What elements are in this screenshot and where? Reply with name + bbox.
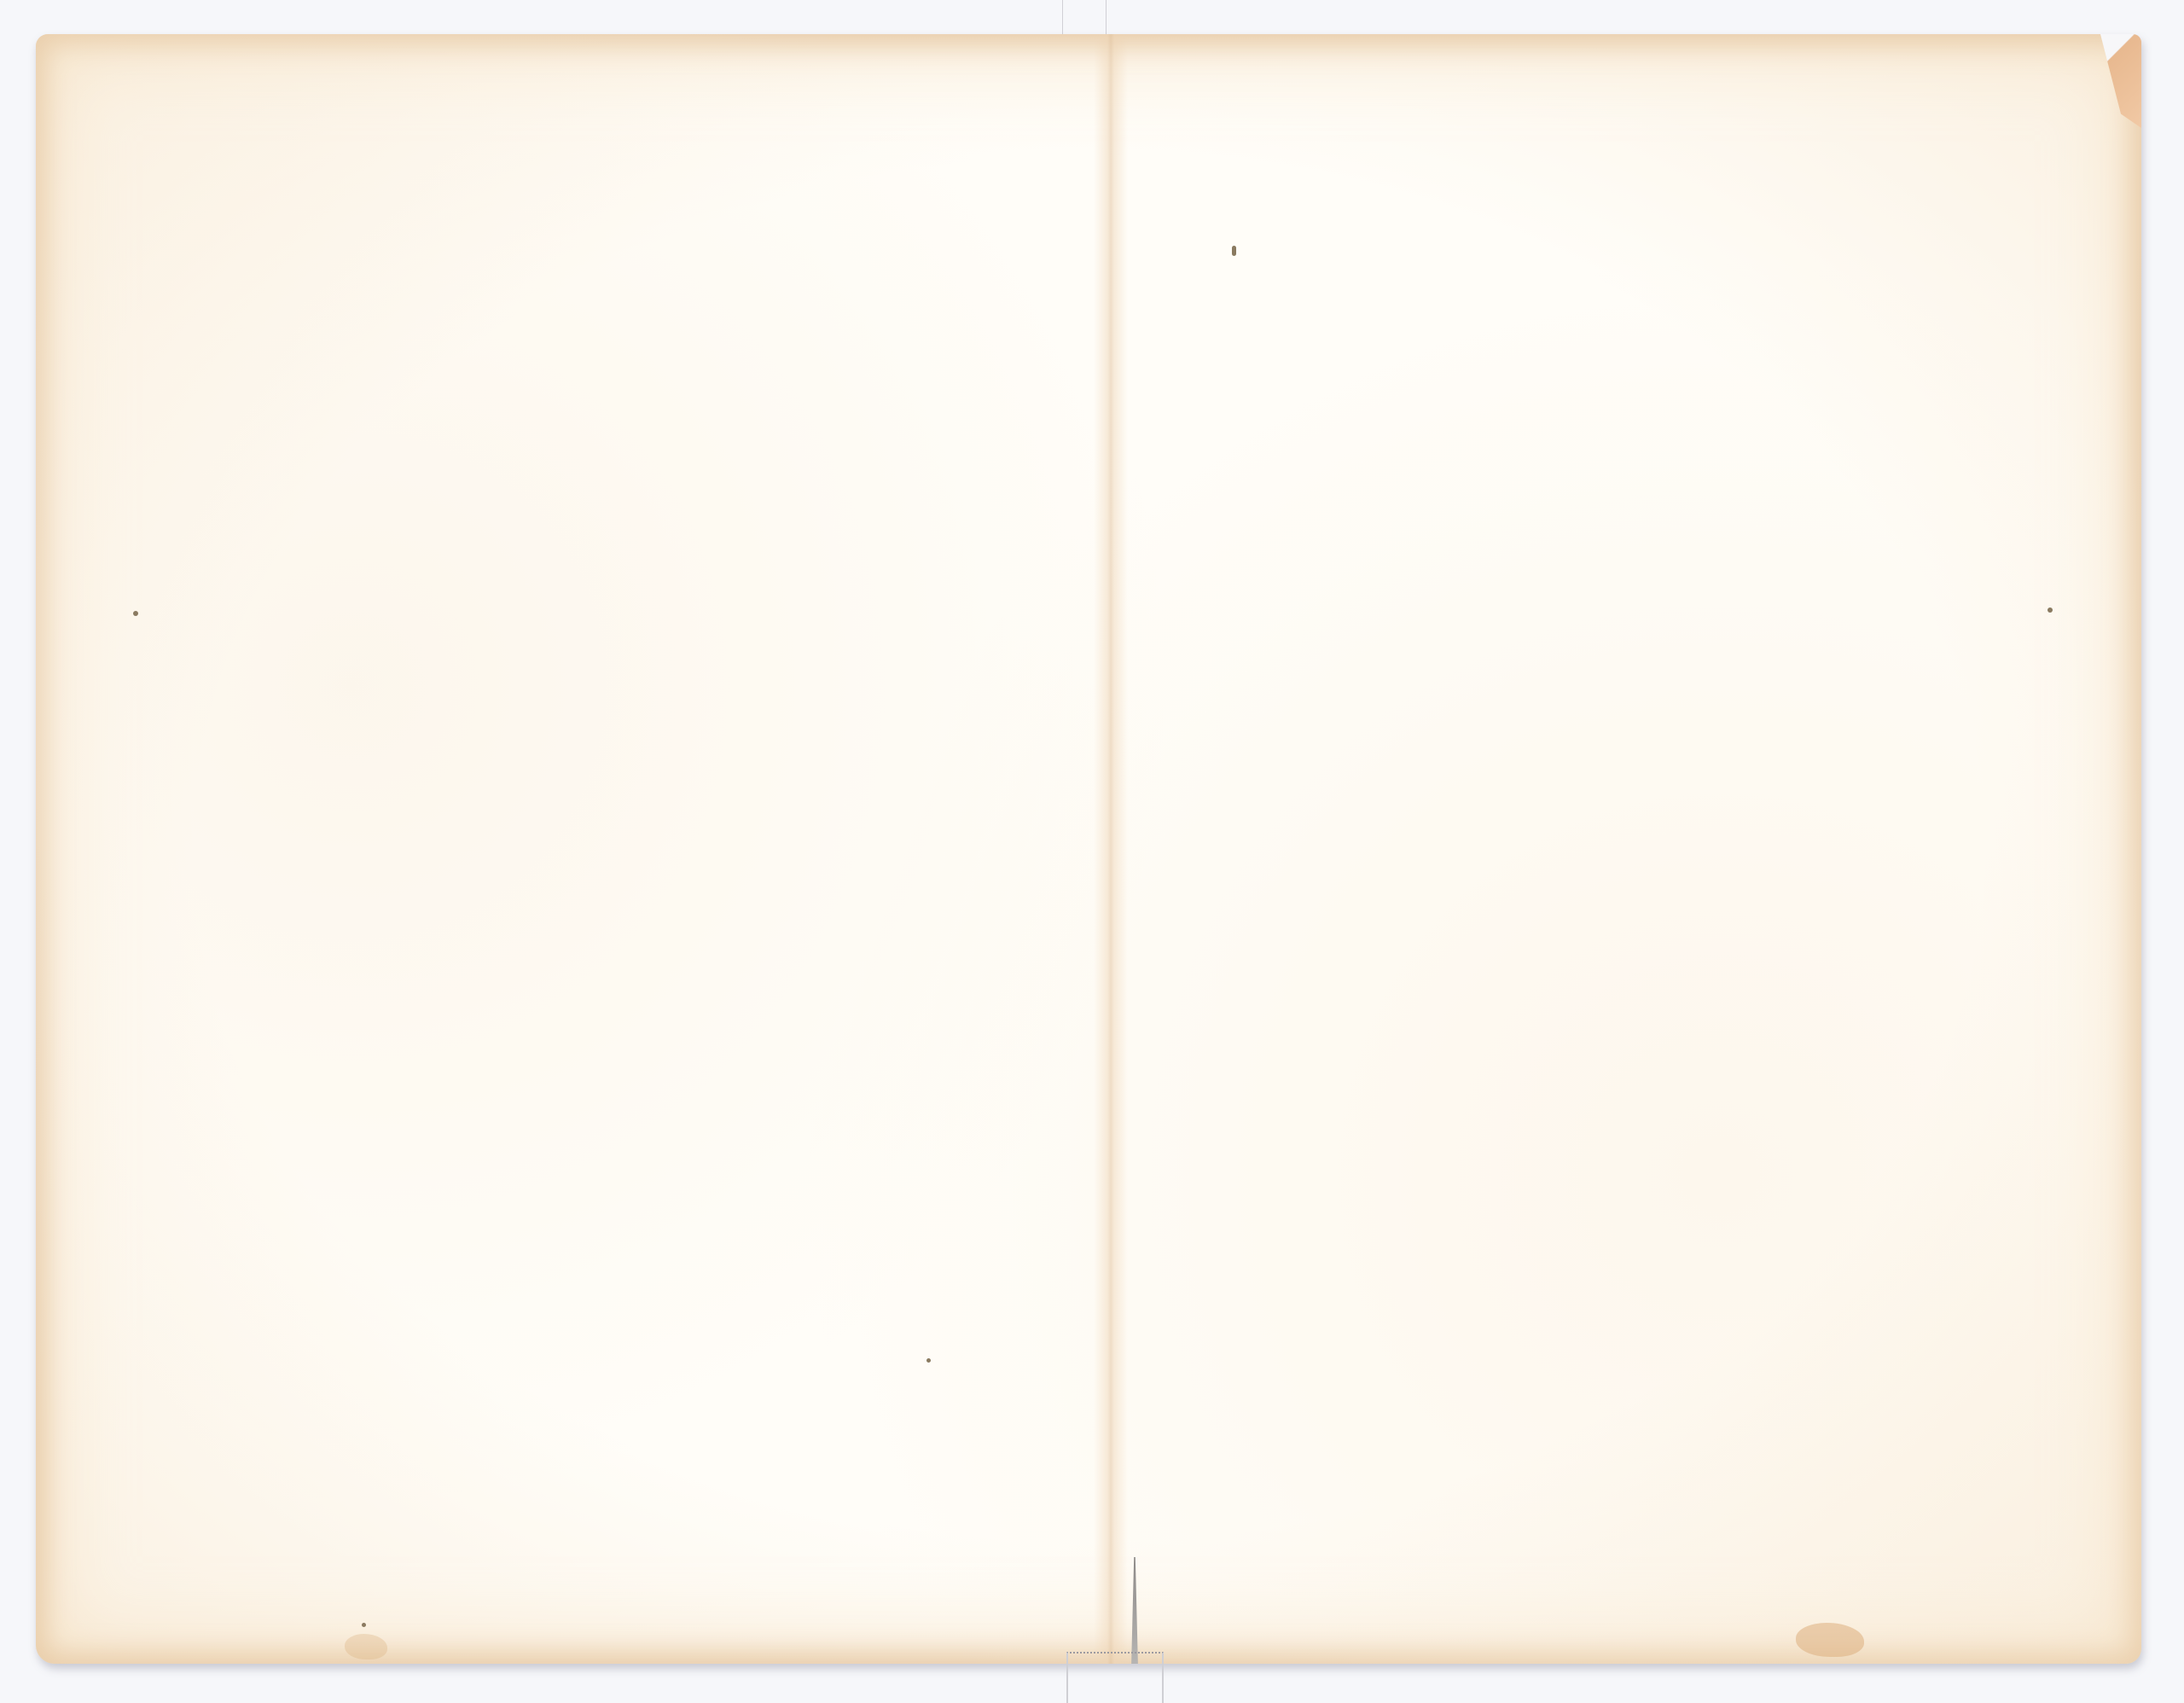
mounting-tab-bottom	[1066, 1652, 1164, 1703]
mounting-tab-top	[1062, 0, 1107, 36]
stain	[345, 1634, 387, 1659]
speck	[133, 611, 138, 616]
stain	[1796, 1623, 1864, 1657]
speck	[926, 1358, 931, 1363]
center-fold	[1094, 34, 1128, 1664]
speck	[2047, 607, 2053, 613]
document-sheet: illegible	[36, 34, 2141, 1664]
right-page	[1111, 34, 2141, 1664]
ink-mark	[1232, 246, 1236, 256]
speck	[362, 1623, 366, 1627]
left-page	[36, 34, 1111, 1664]
